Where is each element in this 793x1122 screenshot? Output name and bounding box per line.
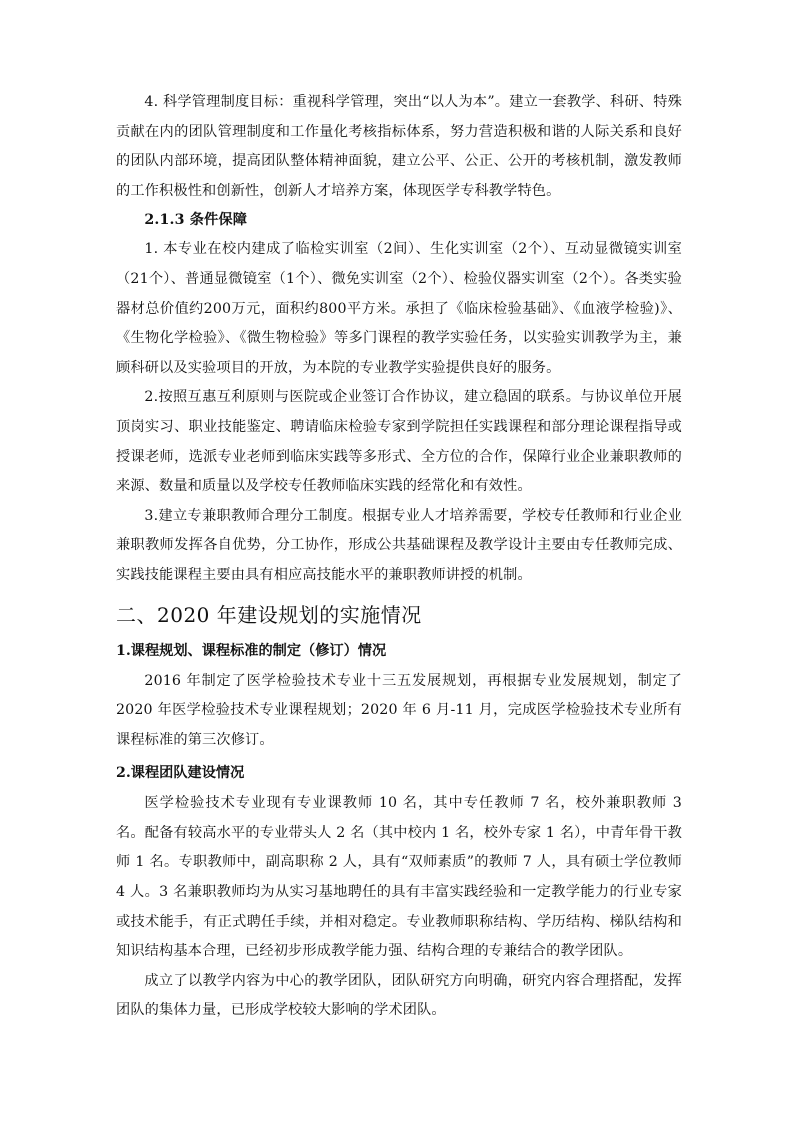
paragraph-labs: 1. 本专业在校内建成了临检实训室（2间）、生化实训室（2个）、互动显微镜实训室… xyxy=(116,235,682,383)
heading-course-team: 2.课程团队建设情况 xyxy=(116,759,682,787)
document-page: 4. 科学管理制度目标：重视科学管理，突出“以人为本”。建立一套教学、科研、特殊… xyxy=(116,88,682,1026)
paragraph-management-goal: 4. 科学管理制度目标：重视科学管理，突出“以人为本”。建立一套教学、科研、特殊… xyxy=(116,88,682,206)
subheading-condition-guarantee: 2.1.3 条件保障 xyxy=(116,206,682,235)
section-heading-2020-plan: 二、2020 年建设规划的实施情况 xyxy=(116,601,682,629)
paragraph-division-of-labor: 3.建立专兼职教师合理分工制度。根据专业人才培养需要，学校专任教师和行业企业兼职… xyxy=(116,502,682,591)
paragraph-course-team: 医学检验技术专业现有专业课教师 10 名，其中专任教师 7 名，校外兼职教师 3… xyxy=(116,789,682,967)
paragraph-teaching-team: 成立了以教学内容为中心的教学团队，团队研究方向明确，研究内容合理搭配，发挥团队的… xyxy=(116,967,682,1026)
heading-course-planning: 1.课程规划、课程标准的制定（修订）情况 xyxy=(116,637,682,665)
paragraph-course-planning: 2016 年制定了医学检验技术专业十三五发展规划，再根据专业发展规划，制定了 2… xyxy=(116,667,682,756)
paragraph-cooperation: 2.按照互惠互利原则与医院或企业签订合作协议，建立稳固的联系。与协议单位开展顶岗… xyxy=(116,383,682,501)
